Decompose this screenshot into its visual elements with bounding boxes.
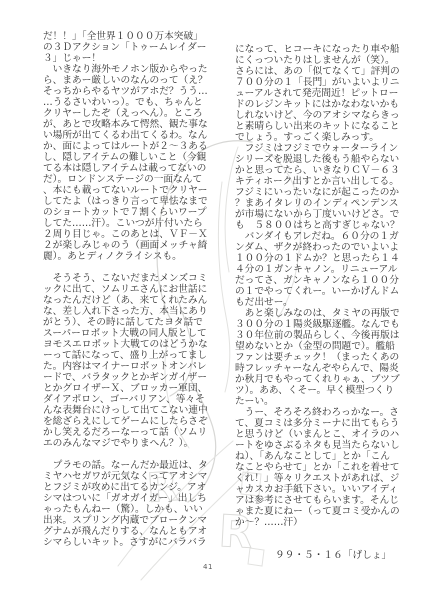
right-column-body: になって、ヒコーキになったり車や船 にくっついたりはしませんが（笑）。 さらには… [235,44,415,528]
page-number: 41 [203,563,213,571]
right-text-column: になって、ヒコーキになったり車や船 にくっついたりはしませんが（笑）。 さらには… [235,33,415,572]
date-signature: ９９・５・１６「げしょ」 [235,550,415,561]
scanned-doujinshi-page: R R だ！！」「全世界１０００万本突破」 の３Ｄアクション「トゥームレイダー … [0,0,429,606]
left-text-column: だ！！」「全世界１０００万本突破」 の３Ｄアクション「トゥームレイダー ３」じゃ… [43,31,223,548]
